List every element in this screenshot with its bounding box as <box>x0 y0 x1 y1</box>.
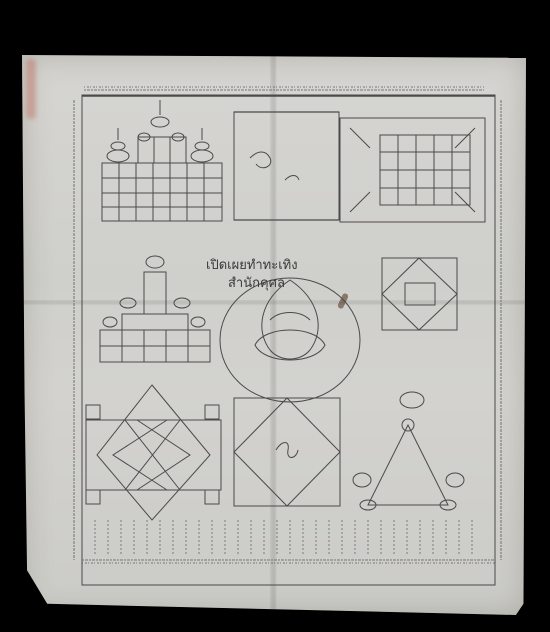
top-right-grid-yantra <box>340 118 485 222</box>
middle-right-diamond-yantra <box>382 258 457 330</box>
center-lotus-yantra <box>220 278 360 402</box>
bottom-center-square-yantra <box>234 398 340 506</box>
bottom-text-strip <box>82 560 495 563</box>
top-left-grid-yantra <box>102 100 222 221</box>
top-text-strip <box>84 87 484 90</box>
top-center-square-yantra <box>234 112 339 220</box>
yantra-drawing <box>0 0 550 632</box>
center-title-line2: สำนักคุศล <box>228 276 285 292</box>
bottom-right-triangle-yantra <box>353 392 464 510</box>
bottom-inscription-columns <box>95 520 472 555</box>
photo-background: เปิดเผยทำทะเทิง สำนักคุศล <box>0 0 550 632</box>
center-title-line1: เปิดเผยทำทะเทิง <box>206 258 298 274</box>
stupa-grid-yantra <box>100 256 210 362</box>
bottom-left-diamond-yantra <box>86 385 221 520</box>
